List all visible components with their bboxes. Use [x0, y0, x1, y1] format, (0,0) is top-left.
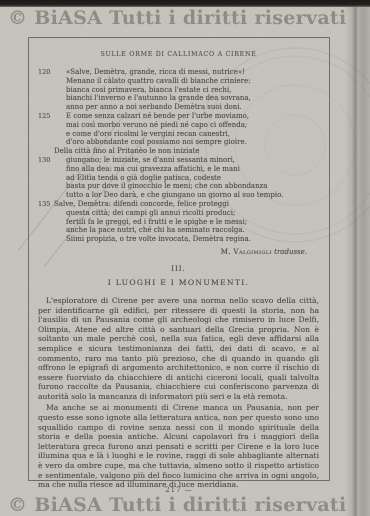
verse-line: 130giungano; le iniziate, se d'anni sess… [38, 156, 319, 165]
verse-line: mai così morbo veruno né piedi né capo c… [38, 121, 319, 130]
verse-text: Siimi propizia, o tre volte invocata, De… [66, 235, 251, 243]
page-number: 217 — [28, 486, 330, 494]
verse-text: tutto a lor Deo darà, e che giungano un … [66, 191, 283, 199]
verse-line: fino alla dea: ma cui gravezza affatichi… [38, 165, 319, 174]
paragraph: L'esploratore di Cirene per avere una no… [38, 296, 319, 402]
verse-text: bianchi l'inverno e l'autunno la grande … [66, 94, 251, 102]
verse-text: fertili fa le greggi, ed i frutti e le s… [66, 218, 247, 226]
verse-line: anche la pace nutri, ché chi ha seminato… [38, 226, 319, 235]
verse-text: e come d'oro ricolmi le vergini recan ca… [66, 130, 230, 138]
verse-line: d'oro abbondante così possiamo noi sempr… [38, 138, 319, 147]
verse-line: Menano il càlato quattro cavalli di bian… [38, 77, 319, 86]
verse-text: E come senza calzari né bende per l'urbe… [66, 112, 249, 120]
verse-line: questa città; dei campi gli annui ricolt… [38, 209, 319, 218]
verse-text: anno per anno a noi serbando Demètra suo… [66, 103, 242, 111]
scan-top-edge [0, 0, 370, 7]
section-number: III. [38, 265, 319, 273]
scanned-page: SULLE ORME DI CALLIMACO A CIRENE 120«Sal… [0, 0, 370, 516]
verse-text: questa città; dei campi gli annui ricolt… [66, 209, 235, 217]
verse-number: 135 [38, 200, 50, 209]
verse-number: 125 [38, 112, 50, 121]
verse-text: basta pur dove il ginocchio le meni; che… [66, 182, 267, 190]
translator-attribution: M. Valgimigli tradusse. [38, 248, 319, 257]
verse-text: Menano il càlato quattro cavalli di bian… [66, 77, 251, 85]
section-title: I LUOGHI E I MONUMENTI. [38, 278, 319, 287]
verse-line: 135Salve, Demètra: difendi concorde, fel… [38, 200, 319, 209]
verse-number: 130 [38, 156, 50, 165]
translator-role: tradusse. [274, 248, 307, 256]
text-frame-border: SULLE ORME DI CALLIMACO A CIRENE 120«Sal… [28, 37, 330, 481]
verse-text: fino alla dea: ma cui gravezza affatichi… [66, 165, 240, 173]
poem-block: 120«Salve, Demètra, grande, ricca di mes… [38, 68, 319, 244]
verse-line: 125E come senza calzari né bende per l'u… [38, 112, 319, 121]
watermark-bottom: © BiASA Tutti i diritti riservati [8, 494, 347, 516]
verse-text: «Salve, Demètra, grande, ricca di messi,… [66, 68, 245, 76]
verse-number: 120 [38, 68, 50, 77]
paragraph: Ma anche se ai monumenti di Cirene manca… [38, 403, 319, 489]
verse-text: d'oro abbondante così possiamo noi sempr… [66, 138, 247, 146]
running-header: SULLE ORME DI CALLIMACO A CIRENE [38, 51, 319, 58]
verse-line: basta pur dove il ginocchio le meni; che… [38, 182, 319, 191]
page-right-edge [345, 7, 370, 516]
translator-name: M. Valgimigli [221, 248, 272, 256]
watermark-top: © BiASA Tutti i diritti riservati [8, 7, 347, 29]
verse-text: giungano; le iniziate, se d'anni sessant… [66, 156, 235, 164]
verse-text: bianca così primavera, bianca l'estate c… [66, 86, 231, 94]
verse-text: anche la pace nutri, ché chi ha seminato… [66, 226, 245, 234]
verse-line: tutto a lor Deo darà, e che giungano un … [38, 191, 319, 200]
verse-text: mai così morbo veruno né piedi né capo c… [66, 121, 247, 129]
verse-line: bianchi l'inverno e l'autunno la grande … [38, 94, 319, 103]
verse-text: Salve, Demètra: difendi concorde, felice… [54, 200, 229, 208]
prose-block: L'esploratore di Cirene per avere una no… [38, 296, 319, 490]
verse-line: anno per anno a noi serbando Demètra suo… [38, 103, 319, 112]
verse-text: Della città fino al Pritanèo le non iniz… [54, 147, 200, 155]
verse-line: 120«Salve, Demètra, grande, ricca di mes… [38, 68, 319, 77]
verse-text: ad Elitìa tenda o già doglie patisca, co… [66, 174, 221, 182]
verse-line: Siimi propizia, o tre volte invocata, De… [38, 235, 319, 244]
verse-line: Della città fino al Pritanèo le non iniz… [38, 147, 319, 156]
